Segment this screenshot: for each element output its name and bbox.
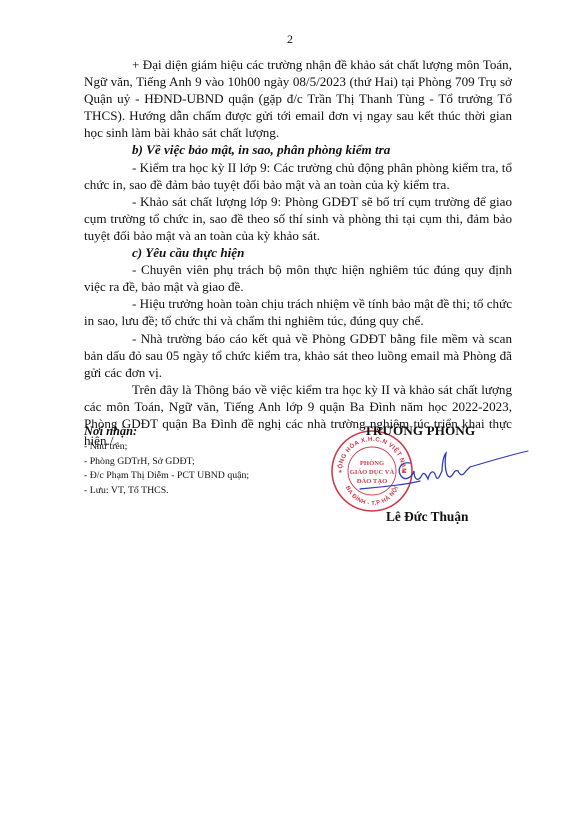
page-number: 2 [0, 32, 580, 47]
recipient-item: - Như trên; [84, 440, 314, 455]
paragraph-specialist-duty: - Chuyên viên phụ trách bộ môn thực hiện… [84, 261, 512, 295]
signer-title: TRƯỞNG PHÒNG [364, 423, 475, 439]
paragraph-report: - Nhà trường báo cáo kết quả về Phòng GD… [84, 330, 512, 381]
section-heading-c: c) Yêu cầu thực hiện [84, 244, 512, 261]
document-body: + Đại diện giám hiệu các trường nhận đề … [84, 56, 512, 449]
recipients-list: - Như trên; - Phòng GDTrH, Sở GDĐT; - Đ/… [84, 440, 314, 498]
recipient-item: - Đ/c Phạm Thị Diễm - PCT UBND quận; [84, 469, 314, 484]
recipient-item: - Lưu: VT, Tổ THCS. [84, 484, 314, 499]
recipients-title: Nơi nhận: [84, 424, 314, 439]
svg-text:★: ★ [338, 469, 343, 475]
paragraph-exam-pickup: + Đại diện giám hiệu các trường nhận đề … [84, 56, 512, 141]
recipient-item: - Phòng GDTrH, Sở GDĐT; [84, 455, 314, 470]
paragraph-quality-survey: - Khảo sát chất lượng lớp 9: Phòng GDĐT … [84, 193, 512, 244]
paragraph-semester-exam: - Kiểm tra học kỳ II lớp 9: Các trường c… [84, 159, 512, 193]
paragraph-principal-duty: - Hiệu trưởng hoàn toàn chịu trách nhiệm… [84, 295, 512, 329]
handwritten-signature-icon [350, 441, 530, 501]
recipients-block: Nơi nhận: - Như trên; - Phòng GDTrH, Sở … [84, 424, 314, 498]
signature-block: TRƯỞNG PHÒNG CỘNG HÒA X.H.C.N VIỆT NAM B… [330, 423, 530, 533]
section-heading-b: b) Về việc bảo mật, in sao, phân phòng k… [84, 141, 512, 158]
signer-name: Lê Đức Thuận [386, 509, 468, 525]
